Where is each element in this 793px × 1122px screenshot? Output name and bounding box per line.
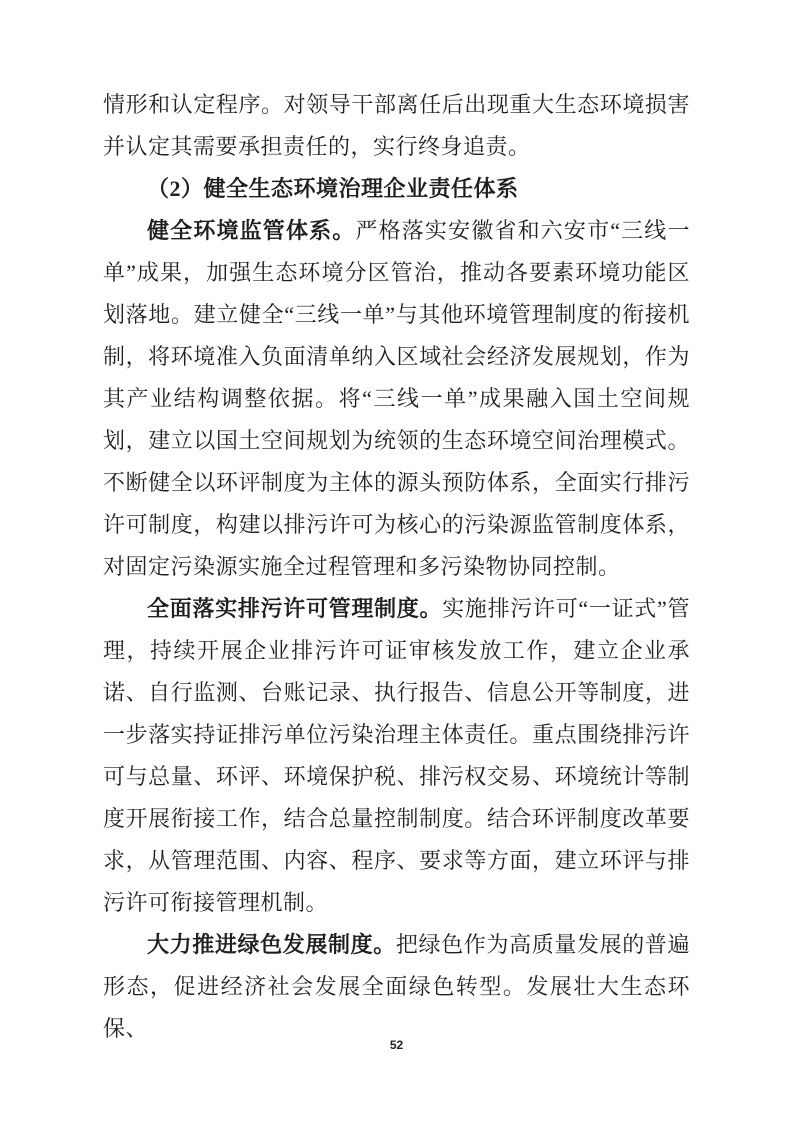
- paragraph: 健全环境监管体系。严格落实安徽省和六安市“三线一单”成果，加强生态环境分区管治，…: [103, 210, 690, 588]
- page-body: 情形和认定程序。对领导干部离任后出现重大生态环境损害并认定其需要承担责任的，实行…: [103, 84, 690, 1050]
- page-number: 52: [0, 1038, 793, 1052]
- paragraph-text: 实施排污许可“一证式”管理，持续开展企业排污许可证审核发放工作，建立企业承诺、自…: [103, 596, 690, 915]
- paragraph: 全面落实排污许可管理制度。实施排污许可“一证式”管理，持续开展企业排污许可证审核…: [103, 588, 690, 924]
- section-heading-text: （2）健全生态环境治理企业责任体系: [147, 176, 519, 201]
- section-heading: （2）健全生态环境治理企业责任体系: [103, 168, 690, 210]
- paragraph-continuation: 情形和认定程序。对领导干部离任后出现重大生态环境损害并认定其需要承担责任的，实行…: [103, 84, 690, 168]
- document-page: 情形和认定程序。对领导干部离任后出现重大生态环境损害并认定其需要承担责任的，实行…: [0, 0, 793, 1122]
- paragraph-text: 情形和认定程序。对领导干部离任后出现重大生态环境损害并认定其需要承担责任的，实行…: [103, 92, 690, 159]
- paragraph-lead: 健全环境监管体系。: [147, 218, 355, 243]
- paragraph-lead: 全面落实排污许可管理制度。: [147, 596, 442, 621]
- paragraph-lead: 大力推进绿色发展制度。: [147, 932, 396, 957]
- paragraph: 大力推进绿色发展制度。把绿色作为高质量发展的普遍形态，促进经济社会发展全面绿色转…: [103, 924, 690, 1050]
- paragraph-text: 严格落实安徽省和六安市“三线一单”成果，加强生态环境分区管治，推动各要素环境功能…: [103, 218, 690, 579]
